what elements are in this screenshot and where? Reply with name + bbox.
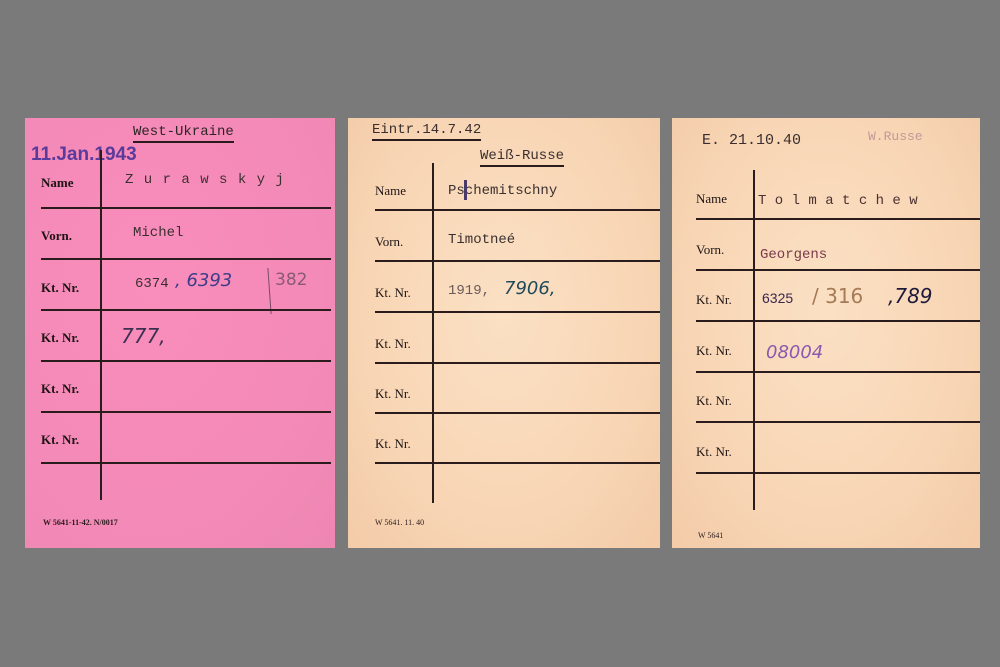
row-rule [375, 362, 660, 364]
row-rule [696, 218, 980, 220]
column-divider [753, 170, 755, 510]
row-rule [41, 411, 331, 413]
kt-nr-handwritten: 08004 [766, 342, 823, 363]
kt-nr-handwritten: 777, [121, 324, 166, 348]
kt-nr-label: Kt. Nr. [41, 432, 79, 448]
row-rule [41, 462, 331, 464]
kt-nr-typed: 1919, [448, 283, 490, 299]
kt-nr-label: Kt. Nr. [696, 292, 732, 308]
kt-nr-label: Kt. Nr. [41, 280, 79, 296]
kt-nr-label: Kt. Nr. [696, 393, 732, 409]
column-divider [100, 150, 102, 500]
form-number: W 5641-11-42. N/0017 [43, 518, 118, 527]
kt-nr-pencil: 382 [275, 270, 307, 290]
category-heading: West-Ukraine [133, 124, 234, 143]
row-rule [41, 258, 331, 260]
kt-nr-label: Kt. Nr. [375, 285, 411, 301]
kt-nr-label: Kt. Nr. [375, 386, 411, 402]
surname-value: Z u r a w s k y j [125, 172, 285, 188]
date-stamp: 11.Jan.1943 [31, 144, 137, 166]
row-rule [41, 207, 331, 209]
row-rule [41, 309, 331, 311]
index-card-pschemitschny: Eintr.14.7.42 Weiß-Russe Name Pschemitsc… [348, 118, 660, 548]
kt-nr-label: Kt. Nr. [696, 444, 732, 460]
row-rule [375, 412, 660, 414]
index-card-tolmatchew: E. 21.10.40 W.Russe Name T o l m a t c h… [672, 118, 980, 548]
vorn-label: Vorn. [696, 242, 724, 258]
row-rule [696, 421, 980, 423]
row-rule [696, 371, 980, 373]
row-rule [41, 360, 331, 362]
ink-mark [464, 180, 467, 200]
entry-date: Eintr.14.7.42 [372, 122, 481, 141]
firstname-value: Michel [133, 225, 183, 241]
pencil-divider [267, 268, 271, 314]
vorn-label: Vorn. [41, 228, 72, 244]
firstname-value: Georgens [760, 247, 827, 263]
name-label: Name [375, 183, 406, 199]
kt-nr-label: Kt. Nr. [375, 436, 411, 452]
row-rule [375, 260, 660, 262]
row-rule [375, 311, 660, 313]
row-rule [696, 269, 980, 271]
kt-nr-pencil: / 316 [812, 284, 863, 308]
kt-nr-handwritten: 7906, [504, 278, 556, 299]
kt-nr-label: Kt. Nr. [696, 343, 732, 359]
kt-nr-handwritten: , 6393 [175, 270, 232, 291]
kt-nr-handwritten: ,789 [888, 284, 933, 308]
firstname-value: Timotneé [448, 232, 515, 248]
column-divider [432, 163, 434, 503]
kt-nr-typed: 6374 [135, 276, 169, 292]
category-heading: Weiß-Russe [480, 148, 564, 167]
row-rule [375, 462, 660, 464]
kt-nr-label: Kt. Nr. [41, 381, 79, 397]
category-heading: W.Russe [868, 129, 923, 144]
form-number: W 5641. 11. 40 [375, 518, 424, 527]
vorn-label: Vorn. [375, 234, 403, 250]
name-label: Name [41, 175, 74, 191]
row-rule [375, 209, 660, 211]
entry-date: E. 21.10.40 [702, 132, 801, 149]
index-card-zurawskyj: West-Ukraine 11.Jan.1943 Name Z u r a w … [25, 118, 335, 548]
name-label: Name [696, 191, 727, 207]
kt-nr-label: Kt. Nr. [375, 336, 411, 352]
row-rule [696, 320, 980, 322]
row-rule [696, 472, 980, 474]
form-number: W 5641 [698, 531, 723, 540]
kt-nr-label: Kt. Nr. [41, 330, 79, 346]
surname-value: T o l m a t c h e w [758, 193, 918, 209]
kt-nr-typed: 6325 [762, 290, 793, 306]
